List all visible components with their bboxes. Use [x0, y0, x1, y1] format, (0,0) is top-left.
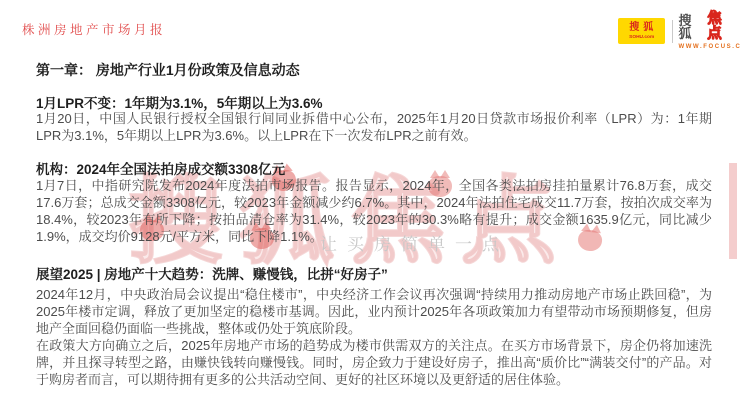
report-page: 搜狐焦点 让买房简单一点 株洲房地产市场月报 搜狐 SOHU.com 搜狐 焦点…	[0, 0, 740, 416]
logo-divider	[672, 20, 673, 43]
sohu-focus-logo-prefix: 搜狐	[679, 14, 707, 40]
section-paragraph-outlook-1: 2024年12月，中央政治局会议提出“稳住楼市”，中央经济工作会议再次强调“持续…	[36, 286, 712, 337]
sohu-logo-text: 搜狐	[629, 23, 657, 33]
sohu-focus-logo-wordmark: 搜狐 焦点	[679, 12, 740, 41]
sohu-logo-domain: SOHU.com	[629, 34, 654, 39]
report-masthead-title: 株洲房地产市场月报	[22, 20, 166, 38]
sohu-logo: 搜狐 SOHU.com	[618, 18, 665, 44]
chapter-title: 第一章： 房地产行业1月份政策及信息动态	[36, 60, 300, 80]
sohu-focus-logo-suffix: 焦点	[707, 12, 738, 41]
section-paragraph-outlook-2: 在政策大方向确立之后，2025年房地产市场的趋势成为楼市供需双方的关注点。在买方…	[36, 337, 712, 388]
watermark-edge-fragment	[729, 163, 737, 259]
section-heading-lpr: 1月LPR不变：1年期为3.1%，5年期以上为3.6%	[36, 92, 323, 112]
sohu-focus-logo-url: WWW.FOCUS.CN	[679, 44, 740, 50]
section-heading-outlook: 展望2025 | 房地产十大趋势：洗牌、赚慢钱，比拼“好房子”	[36, 263, 388, 283]
sohu-focus-logo: 搜狐 焦点 WWW.FOCUS.CN	[679, 12, 740, 50]
section-paragraph-lpr: 1月20日，中国人民银行授权全国银行间同业拆借中心公布，2025年1月20日贷款…	[36, 110, 712, 144]
section-heading-auction: 机构：2024年全国法拍房成交额3308亿元	[36, 158, 285, 178]
header-logos: 搜狐 SOHU.com 搜狐 焦点 WWW.FOCUS.CN	[618, 12, 740, 50]
section-paragraph-auction: 1月7日，中指研究院发布2024年度法拍市场报告。报告显示，2024年，全国各类…	[36, 177, 712, 245]
